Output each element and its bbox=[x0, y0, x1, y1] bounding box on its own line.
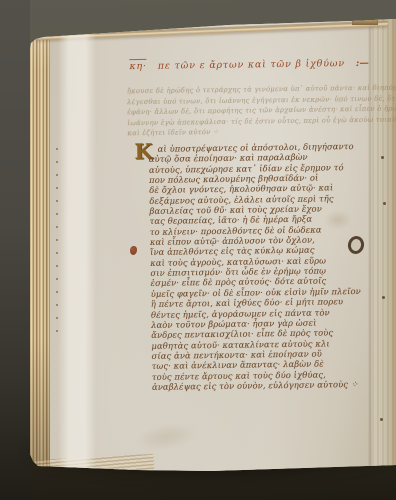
chapter-number: κη· bbox=[129, 59, 147, 72]
manuscript-book: κη· πε τῶν ε ἄρτων καὶ τῶν β ἰχθύων :— ἤ… bbox=[26, 16, 396, 478]
kephalaion-heading: κη· πε τῶν ε ἄρτων καὶ τῶν β ἰχθύων :— bbox=[129, 56, 369, 72]
background-shadow-left bbox=[0, 0, 30, 500]
heading-flourish: :— bbox=[356, 58, 369, 69]
faded-text-line: καὶ ἐζήτει ἰδεῖν αὐτόν ⁘ bbox=[127, 125, 367, 139]
text-line: ἀναβλέψας εἰς τὸν οὐνὸν, εὐλόγησεν αὐτοὺ… bbox=[152, 379, 368, 392]
page-content: κη· πε τῶν ε ἄρτων καὶ τῶν β ἰχθύων :— ἤ… bbox=[23, 13, 396, 480]
faded-text-block: ἤκουσε δὲ ἡρώδης ὁ τετράρχης τὰ γινόμενα… bbox=[127, 83, 368, 139]
main-text-block: αὶ ὑποστρέψαντες οἱ ἀπόστολοι, διηγήσαντ… bbox=[149, 141, 368, 392]
heading-title: πε τῶν ε ἄρτων καὶ τῶν β ἰχθύων bbox=[158, 58, 345, 72]
